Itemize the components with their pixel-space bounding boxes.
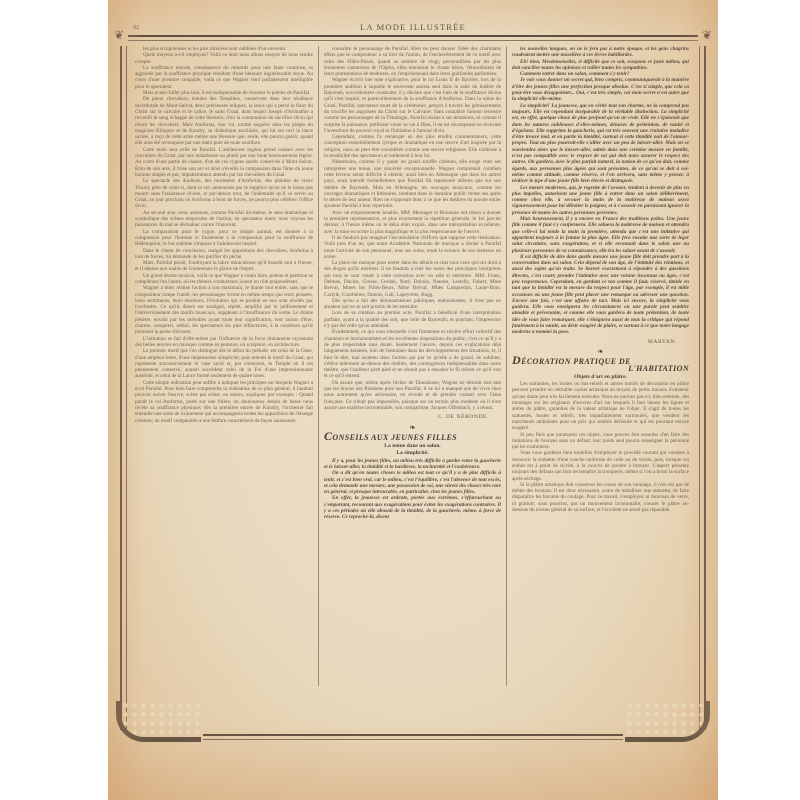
section-subtitle: Objets d'art en plâtre. [512,374,689,380]
paragraph: Néanmoins, comme il y passe un grand sou… [324,159,501,209]
section-title-decoration-line2: L'HABITATION [512,366,689,372]
paragraph: Évidemment, ce qui vous interpelle c'est… [324,329,501,379]
paragraph: La comparaison pour le cygne, pour ce si… [135,229,313,248]
paragraph: Mais heureusement, il y a encore en Fran… [512,216,689,254]
paragraph: Wagner écrivit une note explicative, pou… [324,77,501,134]
paragraph: les nouvelles langues, on ne le fera pas… [512,46,689,59]
paragraph: On assure que, même après l'échec de Tan… [324,380,501,411]
paragraph: Wagner a donc réalisé l'action à son max… [135,285,313,335]
paragraph: On a dit qu'en toutes choses le milieu e… [324,470,501,495]
paragraph: Avec un empressement louable, MM. Messag… [324,210,501,235]
header-rule [128,35,698,41]
title-line-1: ÉCORATION PRATIQUE DE [521,357,631,366]
paragraph: Dès qu'on a fait des démonstrations publ… [324,298,501,311]
paragraph: La simplicité! La jeunesse, qui en vérit… [512,103,689,185]
column-2: connaître le personnage de Parsifal. Rie… [318,46,506,686]
paragraph: Mais, Parsifal paraît, foudroyant la lan… [135,260,313,273]
author-signature: MARYAN. [512,339,677,345]
paragraph: Cette main sera celle de Parsifal. L'ado… [135,147,313,178]
paragraph: Dans le chœur de conclusion, malgré les … [135,248,313,261]
paragraph: Les statuettes, les bustes ou bas-relief… [512,381,689,431]
paragraph: Si peu finis que paraissent ces objets, … [512,432,689,451]
frame-border-right [699,46,706,730]
paragraph: Il est difficile de dire dans quelle mes… [512,254,689,336]
frame-border-left [120,46,127,730]
title-initial: D [512,353,521,367]
magazine-page: ❦ 92 LA MODE ILLUSTRÉE ❦ les plus scrupu… [108,0,718,800]
section-title-conseils: CONSEILS AUX JEUNES FILLES [324,433,501,441]
decoration-body: Les statuettes, les bustes ou bas-relief… [512,381,689,513]
paragraph: Si le plâtre artistique doit conserver l… [512,482,689,513]
paragraph: Cependant, comme l'a remarqué un des plu… [324,134,501,159]
paragraph: De pieux chevaliers, émules des Templier… [135,96,313,146]
author-signature: C. DE NÉRONDE. [324,414,489,420]
paragraph: Un grand drame musical, voilà ce que Wag… [135,273,313,286]
paragraph: Le spectacle des douleurs, des tourments… [135,178,313,209]
paragraph: Il ne faudrait pas imaginer l'accumulati… [324,235,501,260]
paragraph: Cette simple indication peut suffire à i… [135,380,313,424]
paragraph: Vous vous garderez bien toutefois d'empl… [512,450,689,481]
fleuron-icon: ❧ [512,349,689,355]
paragraph: Quels moyens a-t-il employés? Voilà ce d… [135,52,313,65]
section-subtitle-1: La tenue dans un salon. [324,443,501,449]
masthead-title: LA MODE ILLUSTRÉE [108,22,718,32]
section-subtitle-2: La simplicité. [324,450,501,456]
article-columns: les plus scrupuleuses et les plus timoré… [130,46,696,736]
paragraph: En effet, la jeunesse est ardente, porté… [324,495,501,520]
paragraph: Eh! bien, Mesdemoiselles, si difficile q… [512,59,689,72]
paragraph: Lors de sa création au premier acte, Par… [324,310,501,329]
flourish-right-icon: ❦ [702,28,712,43]
paragraph: L'initiation se fait d'elle-même par l'i… [135,336,313,349]
paragraph: Au second acte, nous assistons, comme Pa… [135,210,313,229]
paragraph: La place me manque pour entrer dans les … [324,260,501,298]
conseils-continued: les nouvelles langues, on ne le fera pas… [512,46,689,336]
title-rest: ONSEILS AUX JEUNES FILLES [332,433,457,442]
parsifal-article-continued: connaître le personnage de Parsifal. Rie… [324,46,501,411]
column-1: les plus scrupuleuses et les plus timoré… [130,46,318,686]
page-header: ❦ 92 LA MODE ILLUSTRÉE ❦ [108,22,718,42]
column-3: les nouvelles langues, on ne le fera pas… [506,46,694,686]
fleuron-icon: ❧ [324,425,501,431]
paragraph: Le premier motif que l'on distingue dès … [135,348,313,379]
paragraph: Il y a, pour les jeunes filles, un milie… [324,458,501,471]
paragraph: Je vais vous donner un secret qui, bien … [512,77,689,102]
paragraph: connaître le personnage de Parsifal. Rie… [324,46,501,77]
conseils-body: Il y a, pour les jeunes filles, un milie… [324,458,501,521]
paragraph: La souffrance morale, conséquence du rem… [135,65,313,90]
paragraph: Les mœurs modernes, qui, je regrette de … [512,185,689,216]
